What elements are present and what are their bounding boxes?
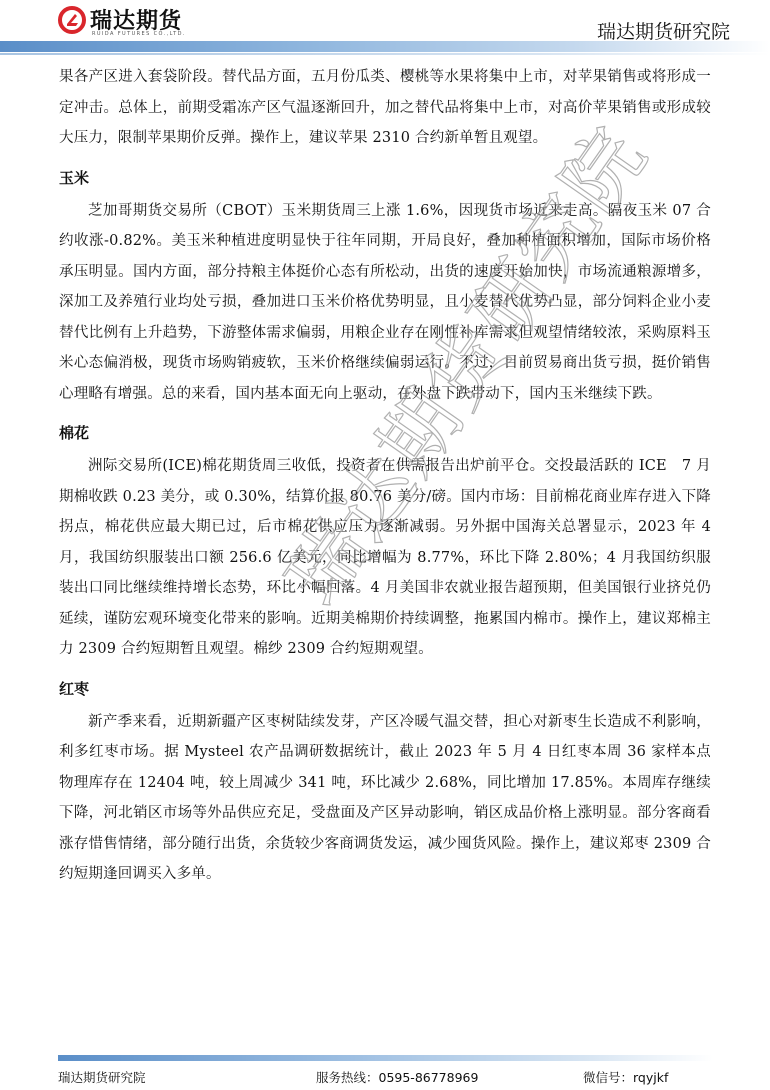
ruida-logo-icon bbox=[58, 6, 86, 34]
page-footer: 瑞达期货研究院 服务热线：0595-86778969 微信号：rqyjkf bbox=[58, 1068, 718, 1088]
footer-gradient-bar bbox=[58, 1055, 713, 1061]
header-title: 瑞达期货研究院 bbox=[597, 17, 730, 44]
section-paragraph-corn: 芝加哥期货交易所（CBOT）玉米期货周三上涨 1.6%，因现货市场近来走高。隔夜… bbox=[59, 196, 711, 410]
section-cotton: 棉花 洲际交易所(ICE)棉花期货周三收低，投资者在供需报告出炉前平仓。交投最活… bbox=[59, 423, 711, 665]
section-heading-cotton: 棉花 bbox=[59, 423, 711, 443]
section-paragraph-jujube: 新产季来看，近期新疆产区枣树陆续发芽，产区冷暖气温交替，担心对新枣生长造成不利影… bbox=[59, 707, 711, 890]
page-header: 瑞达期货 RUIDA FUTURES CO.,LTD. 瑞达期货研究院 bbox=[0, 0, 770, 56]
section-corn: 玉米 芝加哥期货交易所（CBOT）玉米期货周三上涨 1.6%，因现货市场近来走高… bbox=[59, 168, 711, 410]
intro-paragraph: 果各产区进入套袋阶段。替代品方面，五月份瓜类、樱桃等水果将集中上市，对苹果销售或… bbox=[59, 62, 711, 154]
section-heading-corn: 玉米 bbox=[59, 168, 711, 188]
footer-wechat: 微信号：rqyjkf bbox=[583, 1068, 668, 1086]
report-body: 果各产区进入套袋阶段。替代品方面，五月份瓜类、樱桃等水果将集中上市，对苹果销售或… bbox=[59, 62, 711, 890]
header-gradient-bar bbox=[0, 41, 770, 52]
section-heading-jujube: 红枣 bbox=[59, 679, 711, 699]
footer-company: 瑞达期货研究院 bbox=[58, 1068, 146, 1086]
logo-english-name: RUIDA FUTURES CO.,LTD. bbox=[92, 31, 186, 37]
header-divider bbox=[0, 53, 770, 55]
section-jujube: 红枣 新产季来看，近期新疆产区枣树陆续发芽，产区冷暖气温交替，担心对新枣生长造成… bbox=[59, 679, 711, 890]
section-paragraph-cotton: 洲际交易所(ICE)棉花期货周三收低，投资者在供需报告出炉前平仓。交投最活跃的 … bbox=[59, 451, 711, 665]
footer-hotline: 服务热线：0595-86778969 bbox=[316, 1068, 478, 1086]
company-logo: 瑞达期货 RUIDA FUTURES CO.,LTD. bbox=[58, 4, 208, 40]
